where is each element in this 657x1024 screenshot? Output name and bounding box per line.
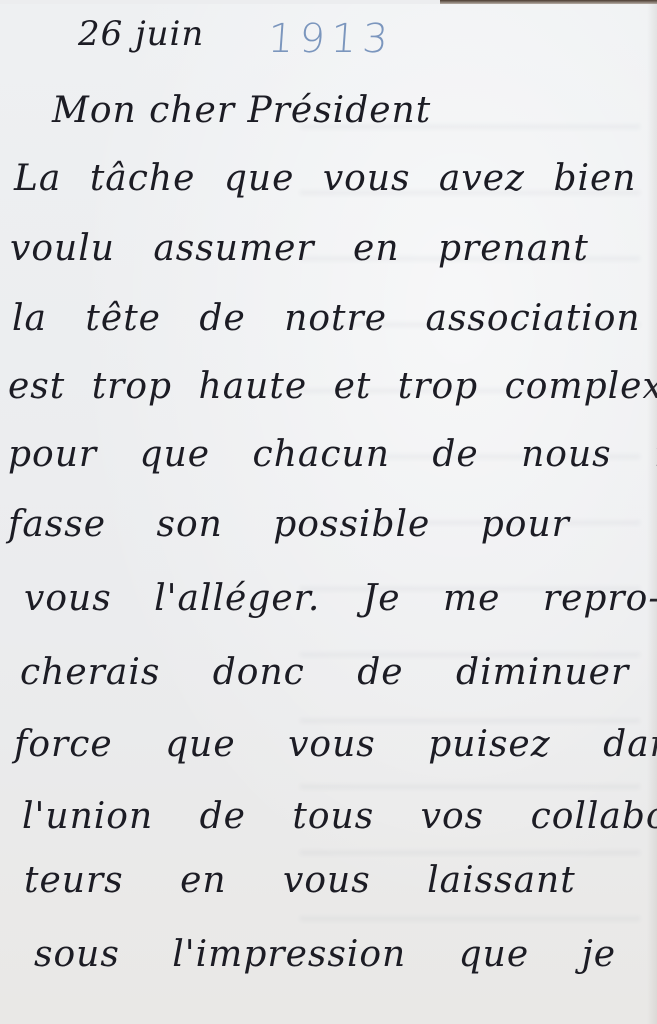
letter-salutation: Mon cher Président (52, 90, 431, 131)
letter-line: fasse son possible pour (8, 504, 570, 545)
letter-line: voulu assumer en prenant (10, 228, 589, 269)
letter-line: teurs en vous laissant (24, 860, 576, 901)
letter-line: est trop haute et trop complexe (8, 366, 657, 407)
letter-line: la tête de notre association (12, 298, 641, 339)
letter-page: 26 juin 1913 Mon cher Président La tâche… (0, 4, 657, 1024)
letter-line: sous l'impression que je ne (34, 934, 657, 975)
letter-date: 26 juin (78, 14, 204, 54)
year-pencil-annotation: 1913 (266, 16, 395, 62)
letter-line: vous l'alléger. Je me repro- (24, 578, 657, 619)
letter-line: cherais donc de diminuer la (20, 652, 657, 693)
letter-line: force que vous puisez dans (14, 724, 657, 765)
letter-line: l'union de tous vos collabora- (22, 796, 657, 837)
letter-line: pour que chacun de nous ne (8, 434, 657, 475)
page-right-edge-shadow (647, 0, 657, 1024)
letter-line: La tâche que vous avez bien (14, 158, 637, 199)
